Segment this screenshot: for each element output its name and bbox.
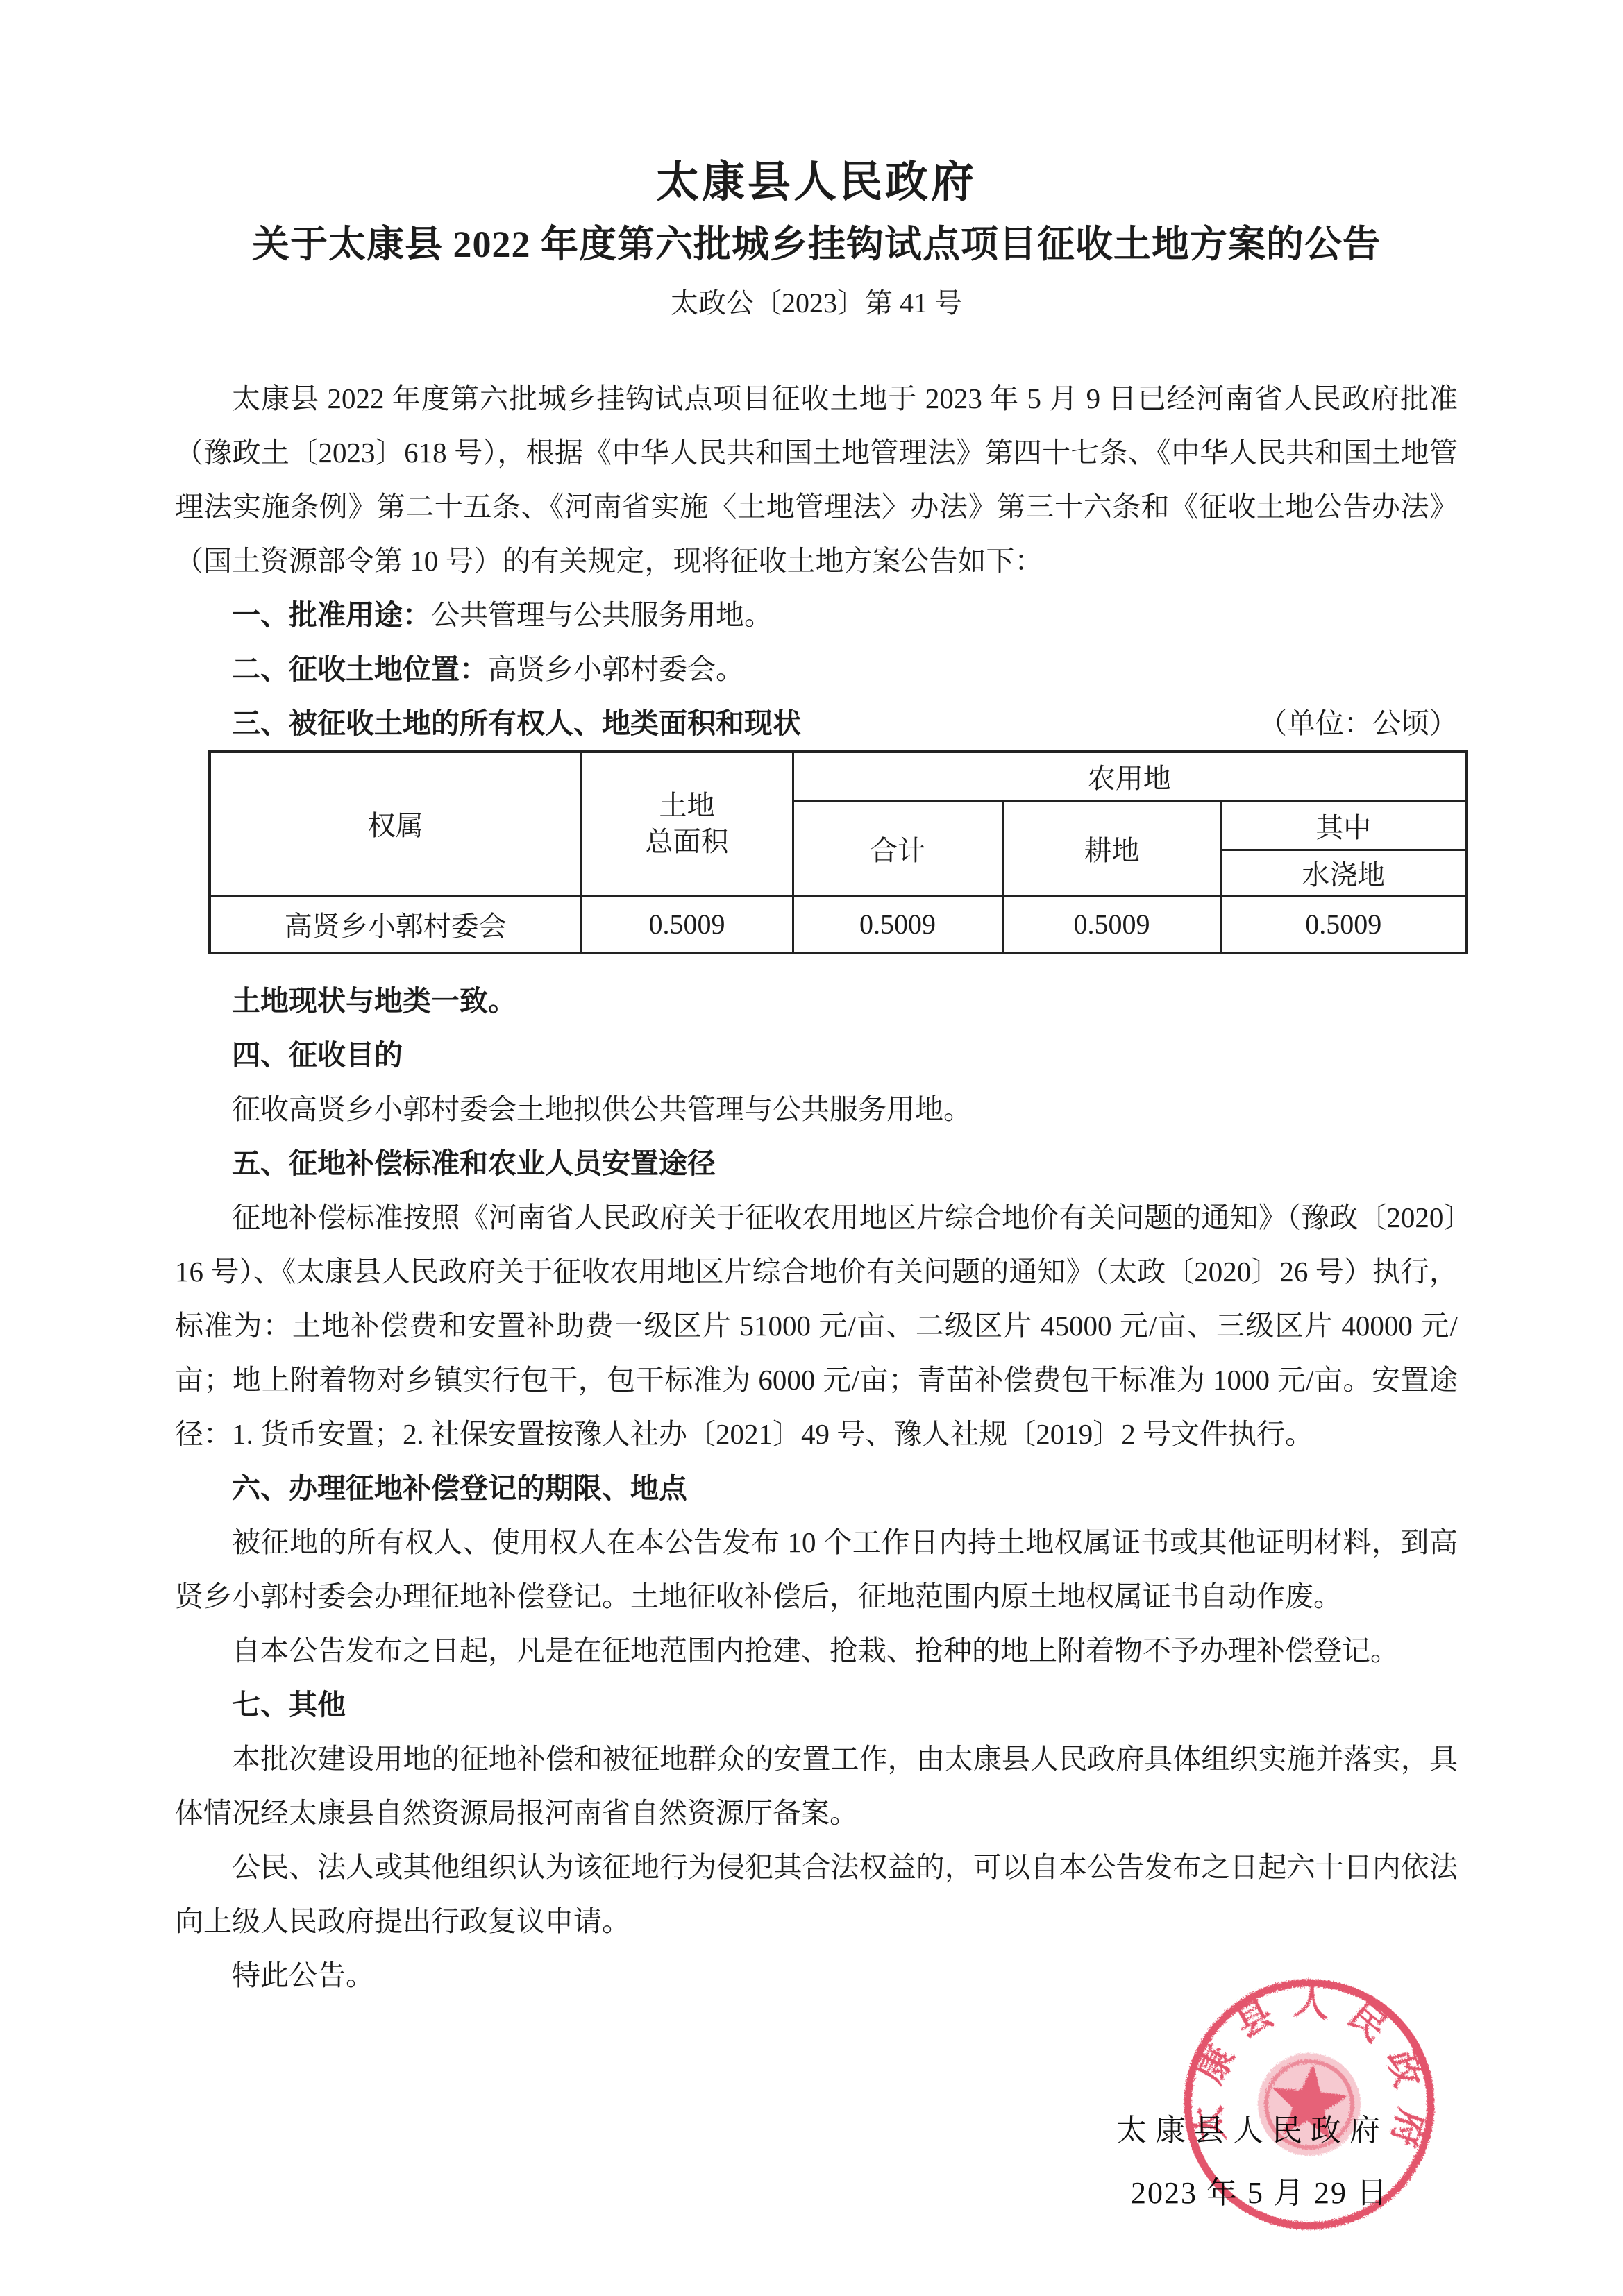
th-farmland: 农用地 (793, 752, 1466, 801)
section4-heading: 四、征收目的 (175, 1028, 1458, 1082)
section7-paragraph-2: 公民、法人或其他组织认为该征地行为侵犯其合法权益的，可以自本公告发布之日起六十日… (175, 1840, 1458, 1948)
document-content: 太康县人民政府 关于太康县 2022 年度第六批城乡挂钩试点项目征收土地方案的公… (175, 0, 1458, 2002)
th-irrigated: 水浇地 (1221, 850, 1466, 895)
cell-owner: 高贤乡小郭村委会 (210, 895, 581, 953)
document-body: 太康县 2022 年度第六批城乡挂钩试点项目征收土地于 2023 年 5 月 9… (175, 371, 1458, 2002)
item-land-location: 二、征收土地位置：高贤乡小郭村委会。 (175, 642, 1458, 696)
item-land-location-text: 高贤乡小郭村委会。 (488, 653, 744, 685)
section6-paragraph-1: 被征地的所有权人、使用权人在本公告发布 10 个工作日内持土地权属证书或其他证明… (175, 1515, 1458, 1623)
table-row: 高贤乡小郭村委会 0.5009 0.5009 0.5009 0.5009 (210, 895, 1466, 953)
item-owner-area-heading: 三、被征收土地的所有权人、地类面积和现状 (232, 696, 801, 750)
intro-paragraph: 太康县 2022 年度第六批城乡挂钩试点项目征收土地于 2023 年 5 月 9… (175, 371, 1458, 588)
cell-total-area: 0.5009 (581, 895, 793, 953)
item-owner-area-heading-row: 三、被征收土地的所有权人、地类面积和现状 （单位：公顷） (175, 696, 1458, 750)
th-total-area: 土地 总面积 (581, 752, 793, 895)
unit-note: （单位：公顷） (1259, 696, 1458, 750)
announcement-page: 太康县人民政府 关于太康县 2022 年度第六批城乡挂钩试点项目征收土地方案的公… (0, 0, 1623, 2296)
section6-heading: 六、办理征地补偿登记的期限、地点 (175, 1461, 1458, 1515)
th-cultivated: 耕地 (1002, 801, 1221, 895)
item-approved-use-label: 一、批准用途： (232, 599, 431, 631)
th-among: 其中 (1221, 801, 1466, 850)
th-subtotal: 合计 (793, 801, 1002, 895)
item-approved-use: 一、批准用途：公共管理与公共服务用地。 (175, 588, 1458, 642)
cell-irrigated: 0.5009 (1221, 895, 1466, 953)
section7-paragraph-1: 本批次建设用地的征地补偿和被征地群众的安置工作，由太康县人民政府具体组织实施并落… (175, 1732, 1458, 1840)
section6-paragraph-2: 自本公告发布之日起，凡是在征地范围内抢建、抢栽、抢种的地上附着物不予办理补偿登记… (175, 1623, 1458, 1678)
cell-subtotal: 0.5009 (793, 895, 1002, 953)
official-seal: 太康县人民政府 (1177, 1973, 1441, 2236)
section5-heading: 五、征地补偿标准和农业人员安置途径 (175, 1136, 1458, 1190)
cell-cultivated: 0.5009 (1002, 895, 1221, 953)
issuing-authority-title: 太康县人民政府 (175, 160, 1458, 205)
th-owner: 权属 (210, 752, 581, 895)
title-block: 太康县人民政府 关于太康县 2022 年度第六批城乡挂钩试点项目征收土地方案的公… (175, 0, 1458, 321)
land-status-note: 土地现状与地类一致。 (175, 974, 1458, 1028)
item-approved-use-text: 公共管理与公共服务用地。 (431, 599, 773, 631)
section7-heading: 七、其他 (175, 1678, 1458, 1732)
item-land-location-label: 二、征收土地位置： (232, 653, 488, 685)
seal-emblem-icon (1253, 2048, 1366, 2161)
document-number: 太政公〔2023〕第 41 号 (175, 286, 1458, 321)
land-area-table: 权属 土地 总面积 农用地 合计 耕地 其中 水浇地 高贤乡小郭村委会 0.50… (208, 750, 1468, 954)
section4-paragraph: 征收高贤乡小郭村委会土地拟供公共管理与公共服务用地。 (175, 1082, 1458, 1136)
document-title: 关于太康县 2022 年度第六批城乡挂钩试点项目征收土地方案的公告 (175, 223, 1458, 265)
section5-paragraph: 征地补偿标准按照《河南省人民政府关于征收农用地区片综合地价有关问题的通知》（豫政… (175, 1190, 1458, 1461)
